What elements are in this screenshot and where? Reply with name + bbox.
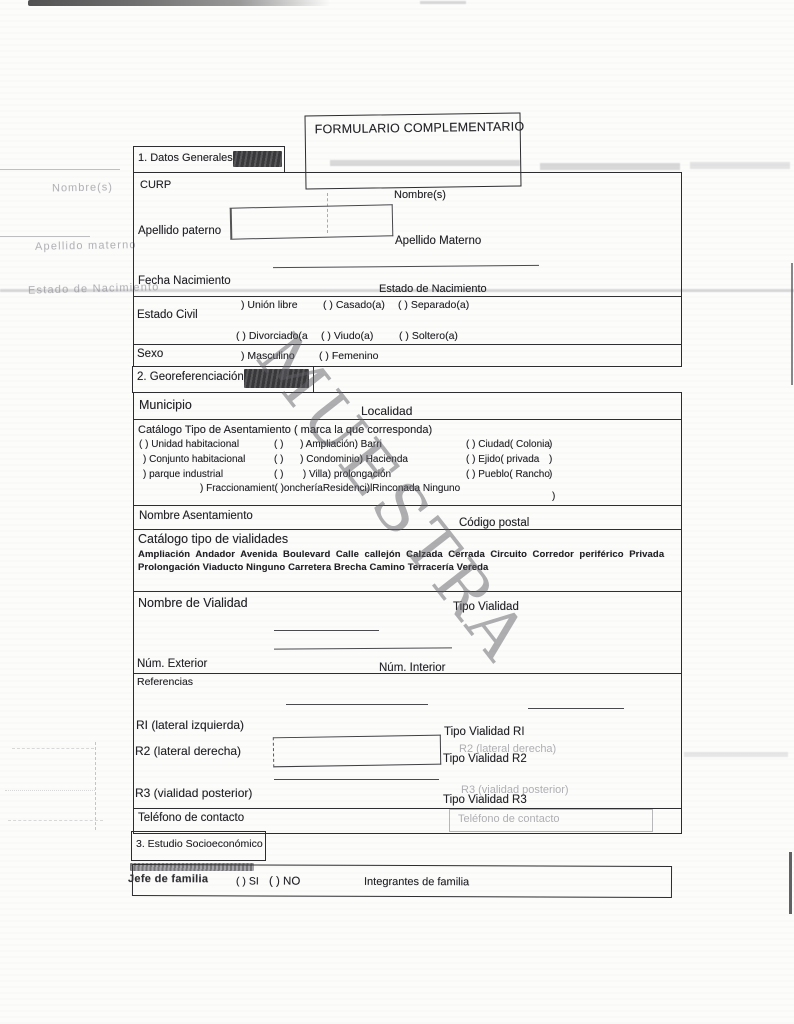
num-exterior-label: Núm. Exterior xyxy=(137,658,207,671)
section-1-label-box: 1. Datos Generales: xyxy=(133,146,285,173)
bleed-line xyxy=(0,236,90,237)
telefono-ghost-label: Teléfono de contacto xyxy=(458,813,560,826)
referencias-label: Referencias xyxy=(137,676,193,688)
estado-civil-option: ( ) Divorciado(a xyxy=(236,330,308,342)
vialidades-linea1: Ampliación Andador Avenida Boulevard Cal… xyxy=(138,550,664,561)
asentamiento-paren: ) xyxy=(549,469,552,481)
bleed-line xyxy=(5,790,95,791)
municipio-label: Municipio xyxy=(139,398,192,412)
bleed-line-vertical xyxy=(95,742,97,830)
estado-civil-option: ( ) Viudo(a) xyxy=(321,330,373,342)
row-separator xyxy=(134,591,681,592)
blank-line xyxy=(274,647,452,649)
blank-line xyxy=(274,779,439,780)
row-separator xyxy=(134,505,681,506)
localidad-label: Localidad xyxy=(361,405,412,419)
estado-civil-option: ( ) Soltero(a) xyxy=(399,330,458,342)
redaction-patch xyxy=(244,369,309,388)
asentamiento-opcion: ( ) Ciudad( Colonia xyxy=(466,439,550,451)
scan-streak xyxy=(690,162,790,169)
nombre-vialidad-label: Nombre de Vialidad xyxy=(138,596,248,610)
telefono-label: Teléfono de contacto xyxy=(138,812,244,825)
datos-generales-box: CURP Nombre(s) Apellido paterno Apellido… xyxy=(133,172,682,367)
scan-streak xyxy=(420,1,466,4)
nombre-asentamiento-label: Nombre Asentamiento xyxy=(139,510,253,523)
asentamiento-paren: ) xyxy=(549,454,552,466)
bleed-line xyxy=(8,820,103,821)
tipo-vialidad-r1-label: Tipo Vialidad RI xyxy=(444,726,525,739)
bleed-line xyxy=(12,748,94,749)
section-3-label-box: 3. Estudio Socioeconómico xyxy=(131,831,266,861)
blank-line xyxy=(528,708,624,709)
vialidades-titulo: Catálogo tipo de vialidades xyxy=(138,532,288,546)
r3-label: R3 (vialidad posterior) xyxy=(135,787,252,801)
section-3-label: 3. Estudio Socioeconómico xyxy=(136,838,263,850)
si-option: ( ) SI xyxy=(236,875,259,887)
asentamiento-opcion: ( ) Pueblo( Rancho xyxy=(466,469,550,481)
scan-smudge-top xyxy=(28,0,330,6)
section-2-label-box: 2. Georeferenciación xyxy=(132,366,314,393)
asentamiento-opcion: ( ) ) Condominio) Hacienda xyxy=(274,454,408,466)
georeferenciacion-box: Municipio Localidad Catálogo Tipo de Ase… xyxy=(133,392,682,834)
tipo-vialidad-label: Tipo Vialidad xyxy=(453,601,519,614)
asentamiento-paren: ) xyxy=(549,439,552,451)
fecha-nacimiento-label: Fecha Nacimiento xyxy=(138,275,231,288)
bleed-text-apellido-materno: Apellido materno xyxy=(35,239,137,253)
estado-civil-option: ) Unión libre xyxy=(241,299,298,311)
nombres-label: Nombre(s) xyxy=(394,189,446,202)
sexo-label: Sexo xyxy=(137,348,163,361)
estado-civil-label: Estado Civil xyxy=(137,309,198,322)
r2-label: R2 (lateral derecha) xyxy=(135,745,241,759)
estudio-row-box: Jefe de familia ( ) SI ( ) NO Integrante… xyxy=(132,864,672,898)
row-separator xyxy=(134,344,681,345)
apellido-underline xyxy=(273,265,539,268)
row-separator xyxy=(134,673,681,674)
curp-label: CURP xyxy=(140,179,171,192)
asentamiento-titulo: Catálogo Tipo de Asentamiento ( marca la… xyxy=(138,424,432,437)
scan-edge-mark xyxy=(791,263,793,385)
blank-line xyxy=(286,704,428,705)
row-separator xyxy=(134,419,681,420)
estado-civil-option: ( ) Casado(a) xyxy=(323,299,385,311)
jefe-familia-label: Jefe de familia xyxy=(128,873,208,886)
sexo-option: ( ) Femenino xyxy=(319,350,379,362)
asentamiento-opcion: ) Conjunto habitacional xyxy=(143,454,245,466)
scan-edge-mark xyxy=(789,852,792,914)
estado-civil-option: ( ) Separado(a) xyxy=(398,299,469,311)
redaction-patch xyxy=(233,151,282,167)
row-separator xyxy=(134,296,681,297)
r1-label: RI (lateral izquierda) xyxy=(136,719,244,733)
asentamiento-opcion: ( ) ) Villa) prolongación xyxy=(274,469,391,481)
apellido-paterno-label: Apellido paterno xyxy=(138,225,221,238)
telefono-ghost-box: Teléfono de contacto xyxy=(449,809,653,832)
blank-line xyxy=(274,630,379,631)
apellido-materno-label: Apellido Materno xyxy=(395,235,481,248)
apellido-paterno-input-box xyxy=(230,204,394,239)
asentamiento-opcion: ( ) ) Ampliación) Barri xyxy=(274,439,382,451)
asentamiento-paren: ) xyxy=(552,491,555,503)
estado-nacimiento-label: Estado de Nacimiento xyxy=(379,283,487,296)
scan-streak xyxy=(684,752,788,757)
bleed-line xyxy=(0,169,120,170)
section-1-label: 1. Datos Generales: xyxy=(138,152,236,165)
scanned-form-page: Nombre(s) Apellido materno Estado de Nac… xyxy=(0,0,794,1024)
asentamiento-opcion: ) parque industrial xyxy=(143,469,223,481)
tipo-vialidad-r3-label: Tipo Vialidad R3 xyxy=(443,794,527,807)
form-title: FORMULARIO COMPLEMENTARIO xyxy=(315,119,525,136)
r2-input-box xyxy=(273,735,441,768)
vialidades-linea2: Prolongación Viaducto Ninguno Carretera … xyxy=(138,563,488,574)
bleed-text-nombres: Nombre(s) xyxy=(52,181,113,195)
tipo-vialidad-r2-label: Tipo Vialidad R2 xyxy=(443,753,527,766)
section-2-label: 2. Georeferenciación xyxy=(137,371,244,384)
scan-streak xyxy=(540,163,680,170)
row-separator xyxy=(134,529,681,530)
no-option: ( ) NO xyxy=(269,876,300,889)
integrantes-label: Integrantes de familia xyxy=(364,876,469,889)
asentamiento-opcion: ( ) Unidad habitacional xyxy=(139,439,239,451)
sexo-option: ) Masculino xyxy=(241,350,295,362)
asentamiento-opcion: ( ) Ejido( privada xyxy=(466,454,539,466)
asentamiento-fila4: ) Fraccionamient( )oncheríaResidenci)lRi… xyxy=(200,483,460,495)
